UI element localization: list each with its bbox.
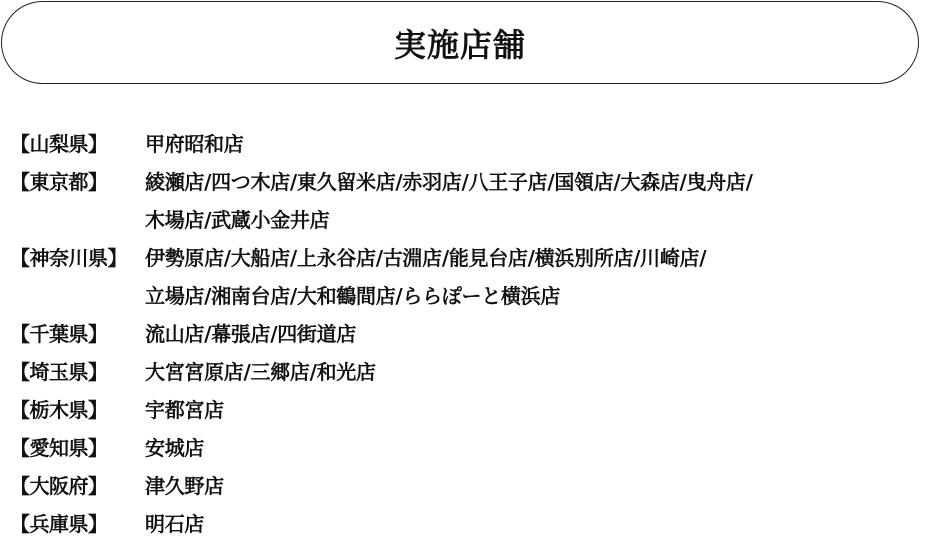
page-title: 実施店舗 bbox=[394, 20, 526, 66]
region-stores: 津久野店 bbox=[145, 467, 936, 505]
region-label: 【栃木県】 bbox=[10, 391, 145, 429]
region-label: 【山梨県】 bbox=[10, 125, 145, 163]
region-stores: 綾瀬店/四つ木店/東久留米店/赤羽店/八王子店/国領店/大森店/曳舟店/ 木場店… bbox=[145, 163, 936, 239]
region-stores: 伊勢原店/大船店/上永谷店/古淵店/能見台店/横浜別所店/川崎店/ 立場店/湘南… bbox=[145, 239, 936, 315]
store-line: 甲府昭和店 bbox=[145, 125, 936, 163]
region-hyogo: 【兵庫県】 明石店 bbox=[10, 505, 936, 537]
region-tokyo: 【東京都】 綾瀬店/四つ木店/東久留米店/赤羽店/八王子店/国領店/大森店/曳舟… bbox=[10, 163, 936, 239]
region-label: 【愛知県】 bbox=[10, 429, 145, 467]
store-line: 立場店/湘南台店/大和鶴間店/ららぽーと横浜店 bbox=[145, 277, 936, 315]
region-label: 【神奈川県】 bbox=[10, 239, 145, 277]
store-line: 伊勢原店/大船店/上永谷店/古淵店/能見台店/横浜別所店/川崎店/ bbox=[145, 239, 936, 277]
region-stores: 甲府昭和店 bbox=[145, 125, 936, 163]
store-line: 大宮宮原店/三郷店/和光店 bbox=[145, 353, 936, 391]
region-label: 【兵庫県】 bbox=[10, 505, 145, 537]
store-line: 綾瀬店/四つ木店/東久留米店/赤羽店/八王子店/国領店/大森店/曳舟店/ bbox=[145, 163, 936, 201]
region-chiba: 【千葉県】 流山店/幕張店/四街道店 bbox=[10, 315, 936, 353]
store-line: 津久野店 bbox=[145, 467, 936, 505]
region-tochigi: 【栃木県】 宇都宮店 bbox=[10, 391, 936, 429]
store-list: 【山梨県】 甲府昭和店 【東京都】 綾瀬店/四つ木店/東久留米店/赤羽店/八王子… bbox=[10, 125, 936, 537]
region-stores: 大宮宮原店/三郷店/和光店 bbox=[145, 353, 936, 391]
region-label: 【東京都】 bbox=[10, 163, 145, 201]
region-label: 【大阪府】 bbox=[10, 467, 145, 505]
region-aichi: 【愛知県】 安城店 bbox=[10, 429, 936, 467]
region-saitama: 【埼玉県】 大宮宮原店/三郷店/和光店 bbox=[10, 353, 936, 391]
region-kanagawa: 【神奈川県】 伊勢原店/大船店/上永谷店/古淵店/能見台店/横浜別所店/川崎店/… bbox=[10, 239, 936, 315]
store-line: 木場店/武蔵小金井店 bbox=[145, 201, 936, 239]
store-line: 明石店 bbox=[145, 505, 936, 537]
region-label: 【千葉県】 bbox=[10, 315, 145, 353]
region-osaka: 【大阪府】 津久野店 bbox=[10, 467, 936, 505]
region-stores: 流山店/幕張店/四街道店 bbox=[145, 315, 936, 353]
store-line: 安城店 bbox=[145, 429, 936, 467]
title-banner: 実施店舗 bbox=[1, 1, 919, 84]
region-stores: 明石店 bbox=[145, 505, 936, 537]
region-stores: 宇都宮店 bbox=[145, 391, 936, 429]
region-yamanashi: 【山梨県】 甲府昭和店 bbox=[10, 125, 936, 163]
region-label: 【埼玉県】 bbox=[10, 353, 145, 391]
region-stores: 安城店 bbox=[145, 429, 936, 467]
store-line: 流山店/幕張店/四街道店 bbox=[145, 315, 936, 353]
store-line: 宇都宮店 bbox=[145, 391, 936, 429]
